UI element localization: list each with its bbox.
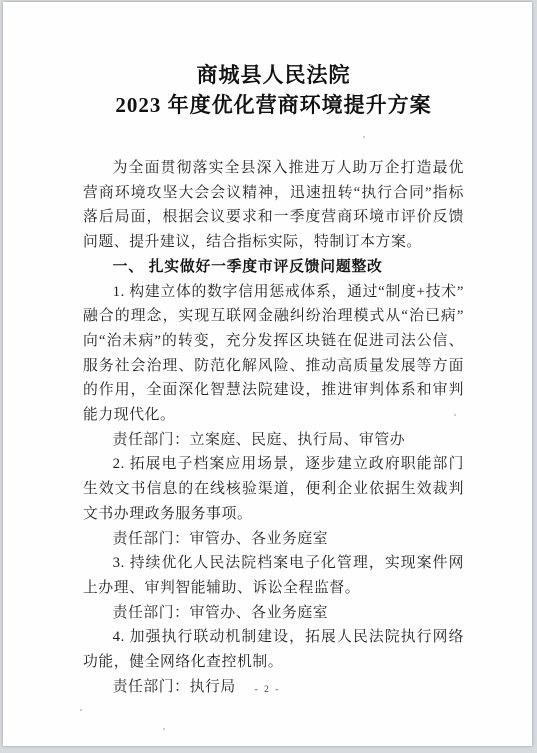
document-title-line-2: 2023 年度优化营商环境提升方案 — [83, 90, 464, 120]
scanned-document-screenshot: { "colors": { "page_background": "#fefef… — [0, 0, 537, 753]
scan-speck-2 — [310, 64, 312, 66]
document-content: 商城县人民法院 2023 年度优化营商环境提升方案 为全面贯彻落实全县深入推进万… — [3, 2, 532, 699]
item-paragraph-2: 2. 拓展电子档案应用场景，逐步建立政府职能部门生效文书信息的在线核验渠道，便利… — [83, 452, 464, 526]
scan-speck-5 — [454, 414, 456, 416]
responsible-dept-2: 责任部门：审管办、各业务庭室 — [83, 527, 464, 552]
item-paragraph-1: 1. 构建立体的数字信用惩戒体系，通过“制度+技术”融合的理念，实现互联网金融纠… — [83, 280, 464, 428]
scan-speck-1 — [363, 136, 365, 138]
section-heading-1: 一、 扎实做好一季度市评反馈问题整改 — [83, 255, 464, 280]
page-number: - 2 - — [3, 685, 532, 695]
responsible-dept-3: 责任部门：审管办、各业务庭室 — [83, 601, 464, 626]
document-title-line-1: 商城县人民法院 — [83, 60, 464, 90]
scan-speck-3 — [80, 709, 82, 711]
scan-speck-4 — [163, 728, 165, 730]
item-paragraph-4: 4. 加强执行联动机制建设，拓展人民法院执行网络功能，健全网络化查控机制。 — [83, 625, 464, 674]
item-paragraph-3: 3. 持续优化人民法院档案电子化管理，实现案件网上办理、审判智能辅助、诉讼全程监… — [83, 551, 464, 600]
document-page: 商城县人民法院 2023 年度优化营商环境提升方案 为全面贯彻落实全县深入推进万… — [3, 2, 532, 746]
document-title: 商城县人民法院 2023 年度优化营商环境提升方案 — [83, 60, 464, 120]
responsible-dept-1: 责任部门：立案庭、民庭、执行局、审管办 — [83, 428, 464, 453]
intro-paragraph: 为全面贯彻落实全县深入推进万人助万企打造最优营商环境攻坚大会会议精神，迅速扭转“… — [83, 156, 464, 255]
